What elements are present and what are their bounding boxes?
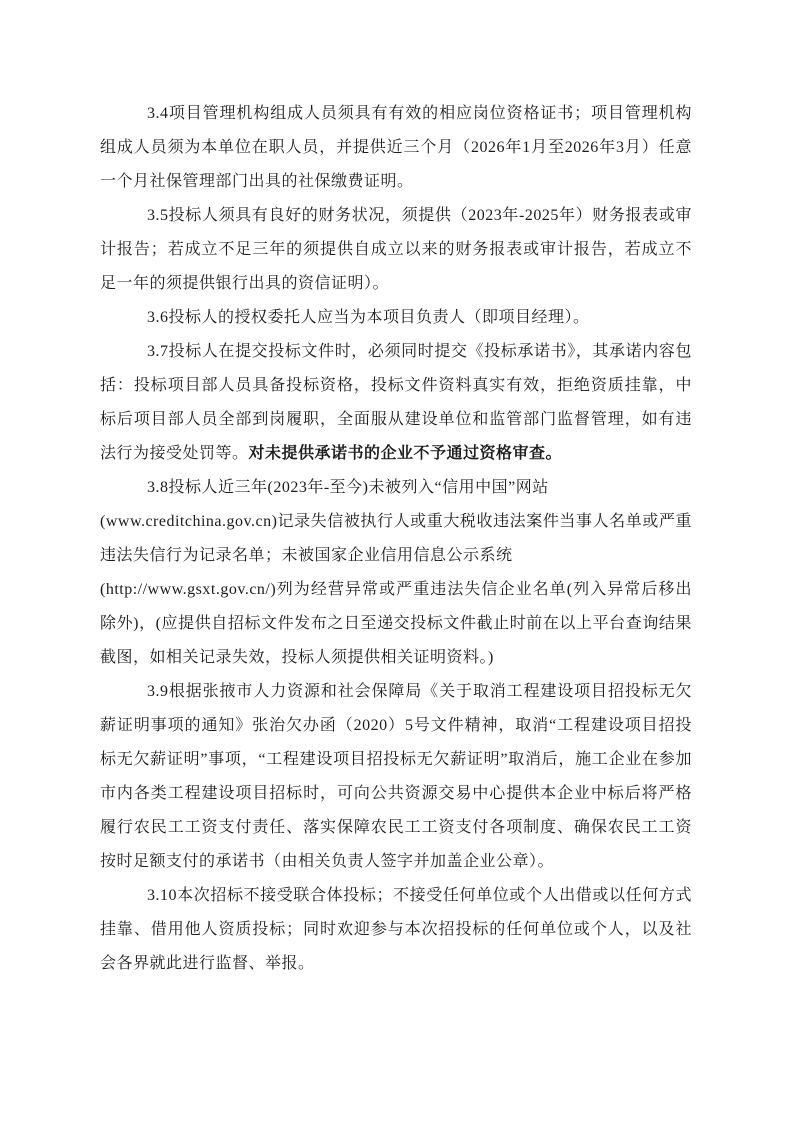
clause-3-6: 3.6投标人的授权委托人应当为本项目负责人（即项目经理）。 (100, 301, 692, 335)
clause-3-7-bold-warning: 对未提供承诺书的企业不予通过资格审查。 (249, 445, 563, 462)
clause-3-4: 3.4项目管理机构组成人员须具有有效的相应岗位资格证书；项目管理机构组成人员须为… (100, 97, 692, 199)
clause-3-9: 3.9根据张掖市人力资源和社会保障局《关于取消工程建设项目招投标无欠薪证明事项的… (100, 675, 692, 879)
clause-3-8: 3.8投标人近三年(2023年-至今)未被列入“信用中国”网站 (www.cre… (100, 471, 692, 675)
clause-3-10: 3.10本次招标不接受联合体投标；不接受任何单位或个人出借或以任何方式挂靠、借用… (100, 879, 692, 981)
document-page: 3.4项目管理机构组成人员须具有有效的相应岗位资格证书；项目管理机构组成人员须为… (0, 0, 792, 1121)
clause-3-5: 3.5投标人须具有良好的财务状况，须提供（2023年-2025年）财务报表或审计… (100, 199, 692, 301)
clause-3-7: 3.7投标人在提交投标文件时，必须同时提交《投标承诺书》，其承诺内容包括：投标项… (100, 335, 692, 471)
